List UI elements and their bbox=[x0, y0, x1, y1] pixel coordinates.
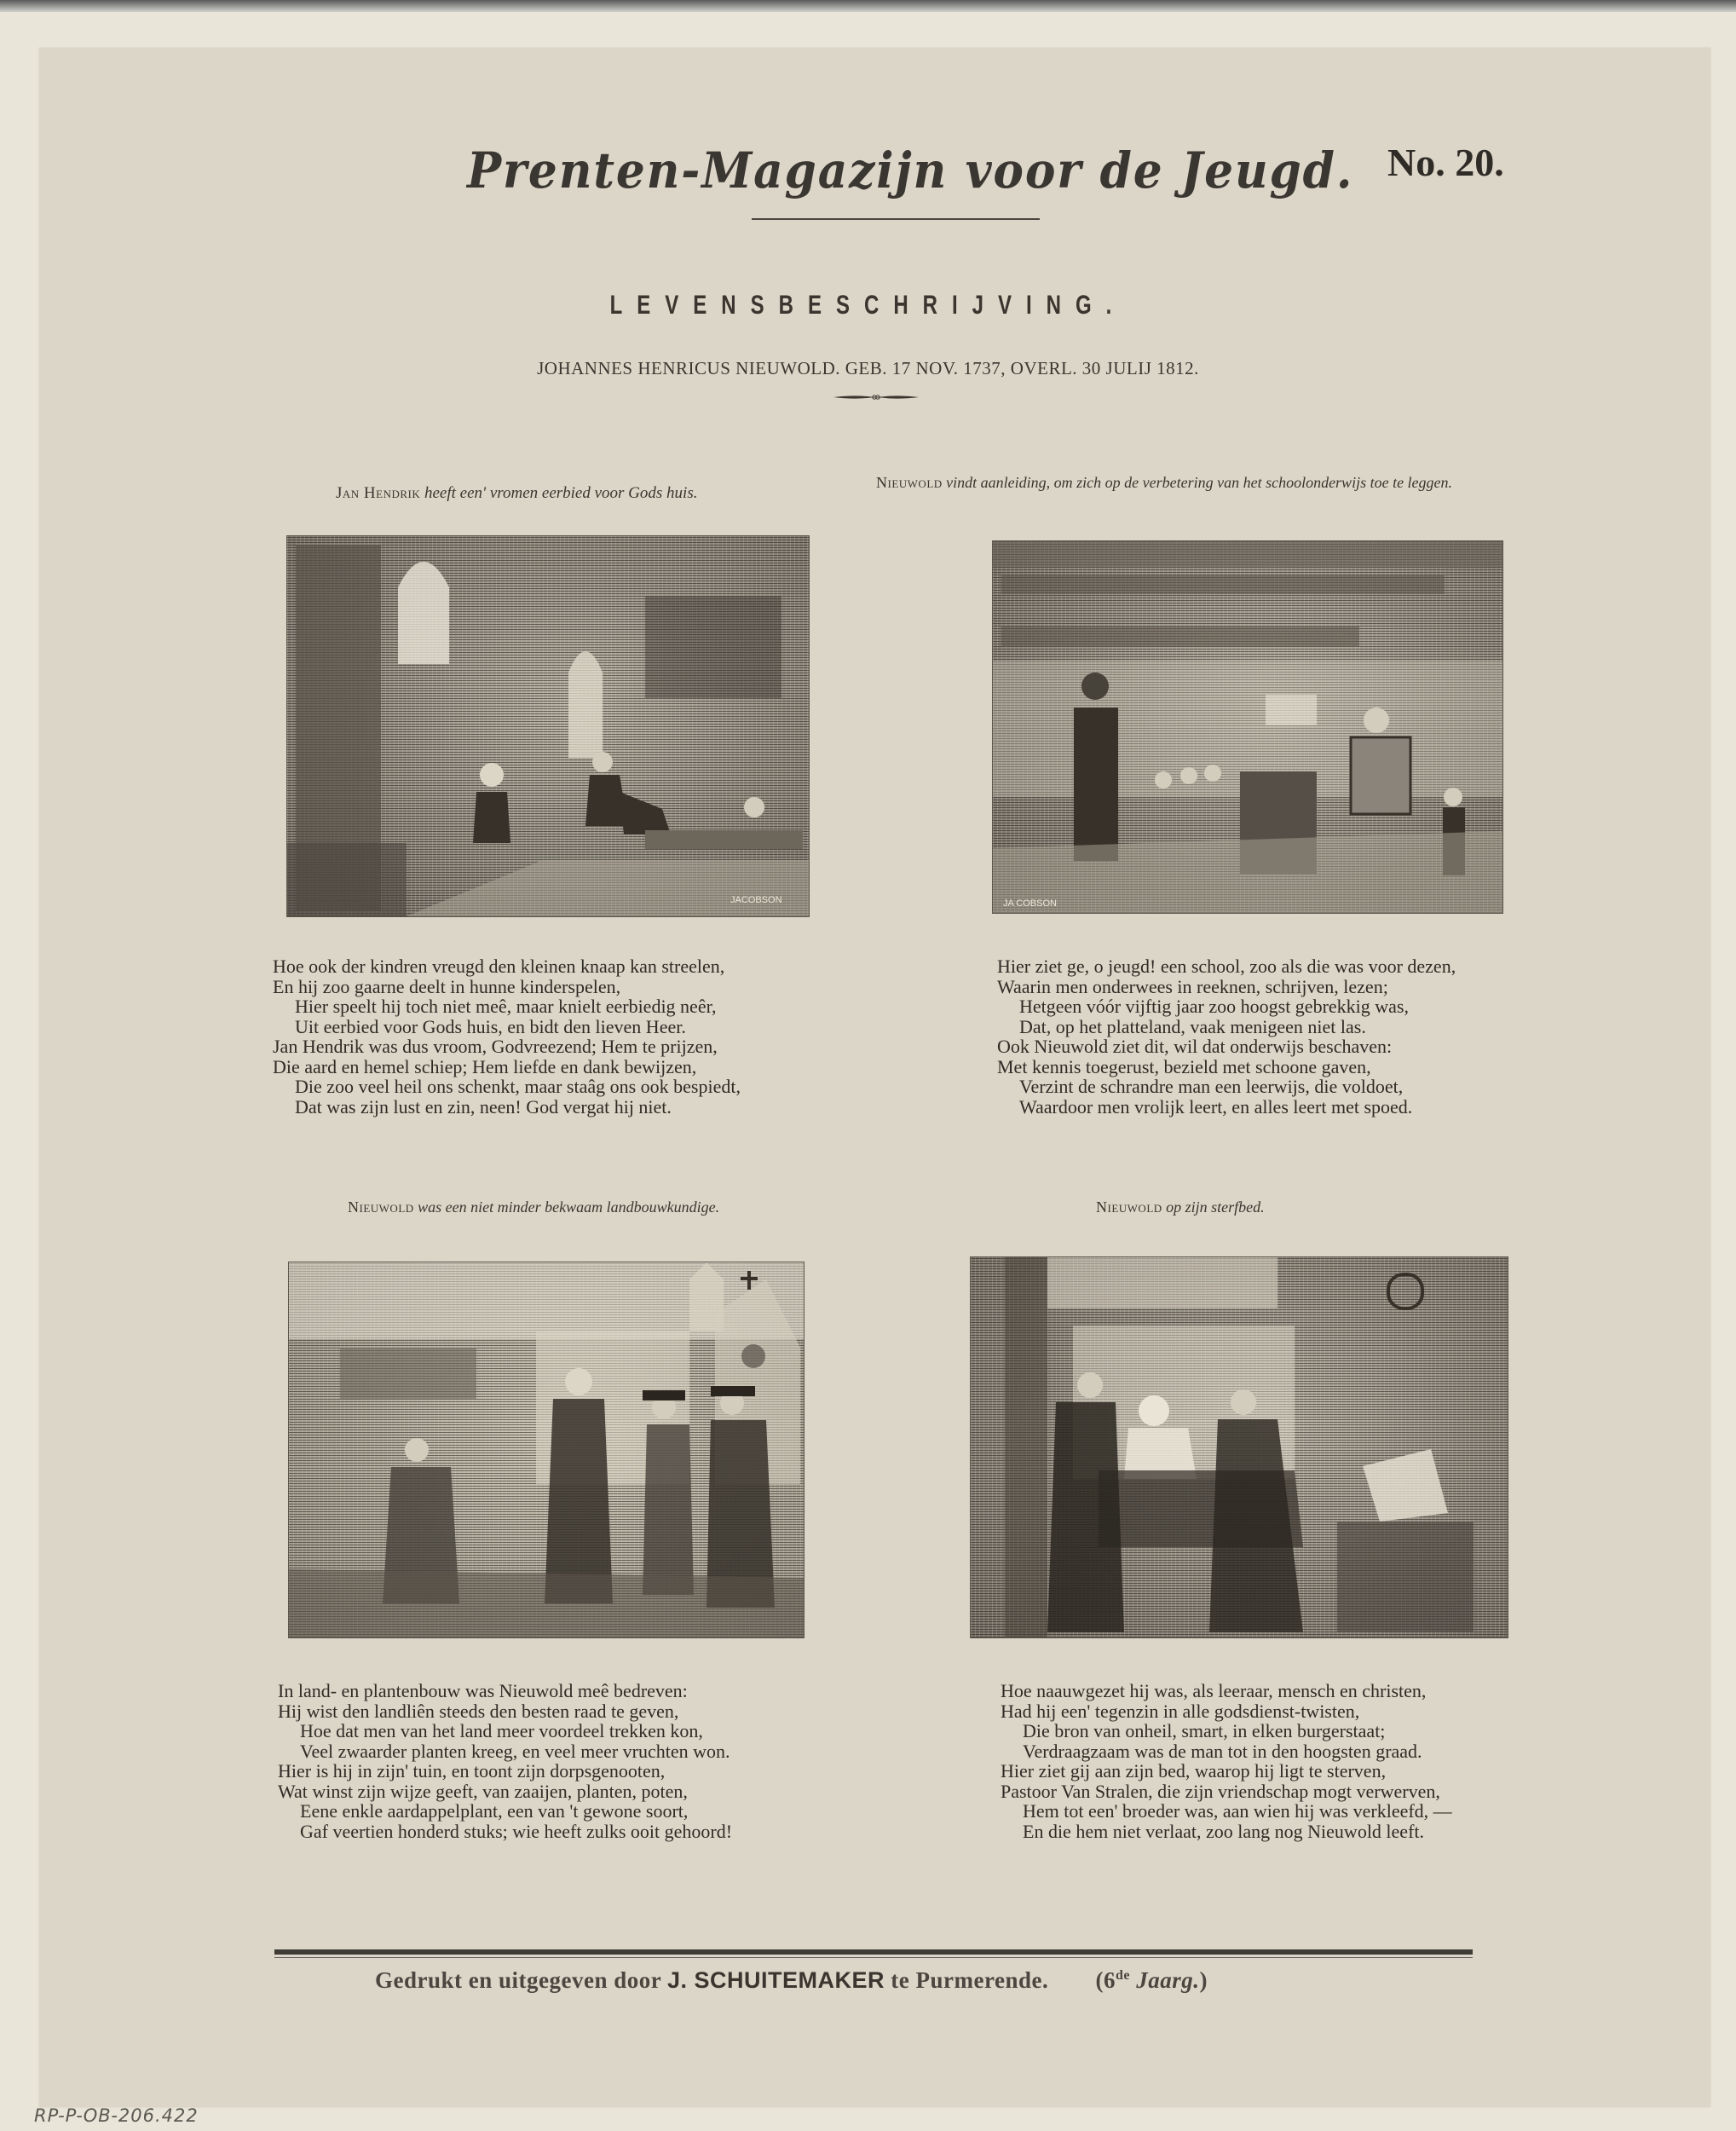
verse-line: Waardoor men vrolijk leert, en alles lee… bbox=[997, 1097, 1456, 1117]
verse-line: Had hij een' tegenzin in alle godsdienst… bbox=[1001, 1701, 1452, 1722]
panel-4-verse: Hoe naauwgezet hij was, als leeraar, men… bbox=[1001, 1681, 1452, 1841]
panel-3-engraving bbox=[288, 1262, 805, 1638]
masthead-title: Prenten-Magazijn voor de Jeugd. bbox=[467, 141, 1283, 210]
verse-line: Pastoor Van Stralen, die zijn vriendscha… bbox=[1001, 1782, 1452, 1802]
verse-line: En die hem niet verlaat, zoo lang nog Ni… bbox=[1001, 1822, 1452, 1842]
verse-line: Hier is hij in zijn' tuin, en toont zijn… bbox=[278, 1761, 732, 1782]
panel-4-engraving bbox=[970, 1256, 1508, 1638]
svg-text:JACOBSON: JACOBSON bbox=[730, 895, 782, 905]
schoolroom-illustration: JA COBSON bbox=[993, 541, 1502, 913]
panel-2-verse: Hier ziet ge, o jeugd! een school, zoo a… bbox=[997, 956, 1456, 1117]
caption-name: Nieuwold bbox=[876, 474, 943, 491]
catalog-number: RP-P-OB-206.422 bbox=[34, 2105, 199, 2126]
caption-text: op zijn sterfbed. bbox=[1166, 1198, 1265, 1216]
verse-line: Hem tot een' broeder was, aan wien hij w… bbox=[1001, 1801, 1452, 1822]
year-ordinal: de bbox=[1116, 1968, 1130, 1983]
verse-line: Hetgeen vóór vijftig jaar zoo hoogst geb… bbox=[997, 996, 1456, 1017]
garden-church-illustration bbox=[289, 1262, 804, 1637]
imprint-suffix: te Purmerende. bbox=[891, 1967, 1048, 1993]
panel-4-caption: Nieuwold op zijn sterfbed. bbox=[1096, 1198, 1265, 1216]
subject-line: JOHANNES HENRICUS NIEUWOLD. GEB. 17 NOV.… bbox=[0, 358, 1736, 379]
panel-3-caption: Nieuwold was een niet minder bekwaam lan… bbox=[348, 1198, 719, 1216]
verse-line: Met kennis toegerust, bezield met schoon… bbox=[997, 1057, 1456, 1077]
section-title: LEVENSBESCHRIJVING. bbox=[0, 291, 1736, 321]
verse-line: Wat winst zijn wijze geeft, van zaaijen,… bbox=[278, 1782, 732, 1802]
verse-line: Dat was zijn lust en zin, neen! God verg… bbox=[273, 1097, 741, 1117]
volume-year: (6de Jaarg.) bbox=[1095, 1967, 1208, 1993]
verse-line: Die aard en hemel schiep; Hem liefde en … bbox=[273, 1057, 741, 1077]
church-interior-illustration: JACOBSON bbox=[287, 536, 809, 916]
panel-2-caption: Nieuwold vindt aanleiding, om zich op de… bbox=[876, 474, 1452, 492]
verse-line: Hier ziet ge, o jeugd! een school, zoo a… bbox=[997, 956, 1456, 977]
verse-line: Die zoo veel heil ons schenkt, maar staâ… bbox=[273, 1077, 741, 1097]
imprint-prefix: Gedrukt en uitgegeven door bbox=[375, 1967, 661, 1993]
verse-line: En hij zoo gaarne deelt in hunne kinders… bbox=[273, 977, 741, 997]
scan-edge-strip bbox=[0, 0, 1736, 12]
verse-line: Dat, op het platteland, vaak menigeen ni… bbox=[997, 1017, 1456, 1037]
verse-line: Hier speelt hij toch niet meê, maar knie… bbox=[273, 996, 741, 1017]
verse-line: Veel zwaarder planten kreeg, en veel mee… bbox=[278, 1741, 732, 1762]
footer-rule bbox=[274, 1949, 1473, 1955]
caption-name: Jan Hendrik bbox=[336, 484, 420, 502]
masthead-underline bbox=[752, 218, 1040, 220]
verse-line: Uit eerbied voor Gods huis, en bidt den … bbox=[273, 1017, 741, 1037]
verse-line: Verdraagzaam was de man tot in den hoogs… bbox=[1001, 1741, 1452, 1762]
verse-line: Hoe ook der kindren vreugd den kleinen k… bbox=[273, 956, 741, 977]
footer-rule-thin bbox=[274, 1957, 1473, 1958]
verse-line: In land- en plantenbouw was Nieuwold meê… bbox=[278, 1681, 732, 1701]
verse-line: Hier ziet gij aan zijn bed, waarop hij l… bbox=[1001, 1761, 1452, 1782]
caption-text: was een niet minder bekwaam landbouwkund… bbox=[418, 1198, 719, 1216]
caption-name: Nieuwold bbox=[348, 1198, 414, 1216]
verse-line: Die bron van onheil, smart, in elken bur… bbox=[1001, 1721, 1452, 1741]
deathbed-illustration bbox=[971, 1257, 1508, 1637]
year-word: Jaarg. bbox=[1136, 1967, 1199, 1993]
verse-line: Ook Nieuwold ziet dit, wil dat onderwijs… bbox=[997, 1037, 1456, 1057]
svg-text:JA COBSON: JA COBSON bbox=[1003, 898, 1057, 909]
verse-line: Eene enkle aardappelplant, een van 't ge… bbox=[278, 1801, 732, 1822]
panel-1-caption: Jan Hendrik heeft een' vromen eerbied vo… bbox=[336, 484, 697, 503]
verse-line: Gaf veertien honderd stuks; wie heeft zu… bbox=[278, 1822, 732, 1842]
panel-1-verse: Hoe ook der kindren vreugd den kleinen k… bbox=[273, 956, 741, 1117]
panel-1-engraving: JACOBSON bbox=[286, 535, 810, 917]
verse-line: Hoe naauwgezet hij was, als leeraar, men… bbox=[1001, 1681, 1452, 1701]
ornament-divider-icon bbox=[833, 394, 919, 401]
year-number: 6 bbox=[1104, 1967, 1116, 1993]
verse-line: Hij wist den landliên steeds den besten … bbox=[278, 1701, 732, 1722]
verse-line: Jan Hendrik was dus vroom, Godvreezend; … bbox=[273, 1037, 741, 1057]
panel-2-engraving: JA COBSON bbox=[992, 540, 1503, 914]
caption-name: Nieuwold bbox=[1096, 1198, 1162, 1216]
verse-line: Hoe dat men van het land meer voordeel t… bbox=[278, 1721, 732, 1741]
verse-line: Verzint de schrandre man een leerwijs, d… bbox=[997, 1077, 1456, 1097]
panel-3-verse: In land- en plantenbouw was Nieuwold meê… bbox=[278, 1681, 732, 1841]
issue-number: No. 20. bbox=[1387, 140, 1504, 185]
verse-line: Waarin men onderwees in reeknen, schrijv… bbox=[997, 977, 1456, 997]
caption-text: vindt aanleiding, om zich op de verbeter… bbox=[946, 474, 1452, 491]
caption-text: heeft een' vromen eerbied voor Gods huis… bbox=[424, 484, 697, 502]
printer-name: J. SCHUITEMAKER bbox=[667, 1967, 885, 1993]
imprint-line: Gedrukt en uitgegeven door J. SCHUITEMAK… bbox=[375, 1967, 1208, 1994]
